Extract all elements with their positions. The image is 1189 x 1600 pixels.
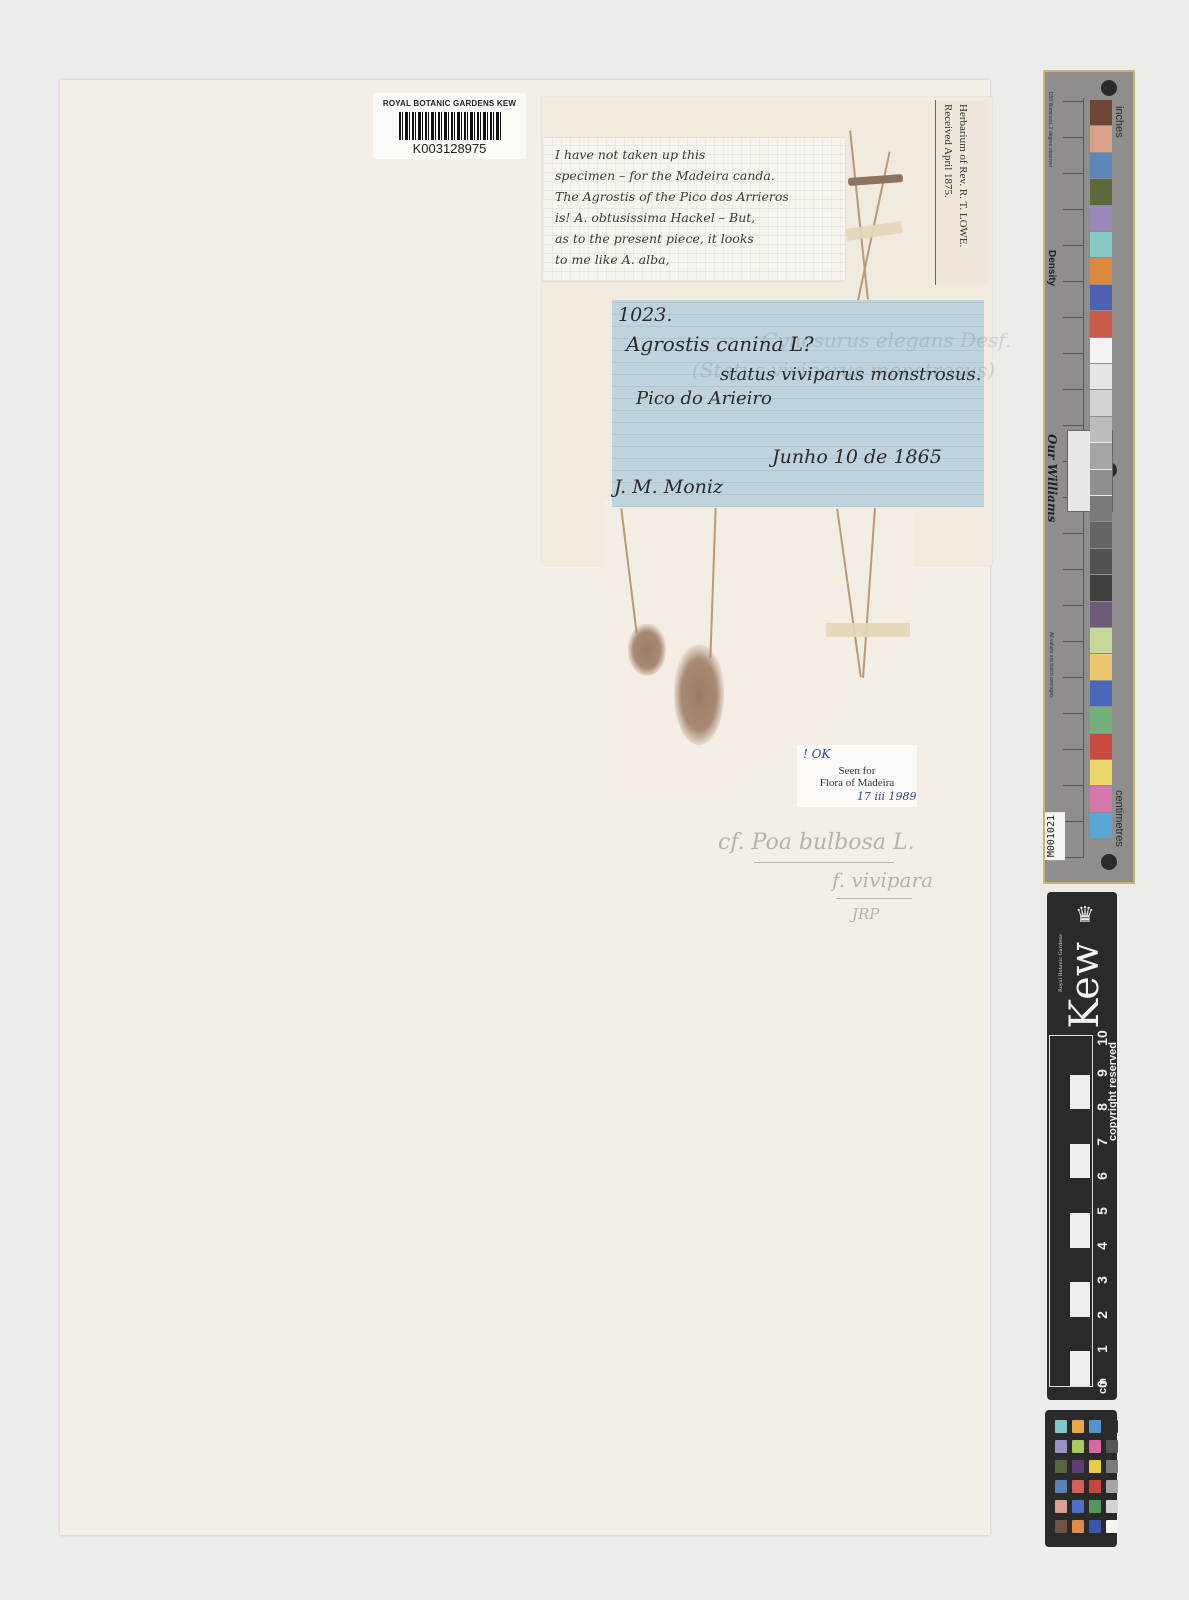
ruler-brand: Kew [1065,942,1105,1029]
note-line: is! A. obtusissima Hackel – But, [555,207,845,228]
lowe-label-line2: Received April 1875. [942,104,954,198]
determination-line2: f. vivipara [832,868,933,892]
annotation-note: I have not taken up this specimen – for … [543,138,845,281]
scale-segment [1070,1144,1090,1179]
color-patch [1055,1440,1067,1453]
scale-number: 1 [1094,1338,1110,1360]
color-swatch [1090,549,1112,574]
color-patch [1055,1460,1067,1473]
lowe-label-line1: Herbarium of Rev. R. T. LOWE. [957,104,969,247]
brand-label: Our Williams [1045,434,1059,522]
color-swatch [1090,681,1112,706]
average-note: All values are batch averages [1048,632,1054,698]
bar-hole [1101,854,1117,870]
seen-label-line2: Flora of Madeira [797,777,917,789]
color-swatch [1090,417,1112,442]
scale-number: 7 [1094,1131,1110,1153]
color-swatch [1090,126,1112,151]
color-swatch [1090,364,1112,389]
color-swatch [1090,707,1112,732]
note-line: to me like A. alba, [555,249,845,270]
locality: Pico do Arieiro [636,388,772,409]
bar-hole [1101,80,1117,96]
lowe-herbarium-label: Herbarium of Rev. R. T. LOWE. Received A… [935,100,988,285]
scale-number: 8 [1094,1096,1110,1118]
color-swatch [1090,470,1112,495]
color-swatch [1090,390,1112,415]
cm-scale [1049,1035,1093,1387]
scale-segment [1070,1351,1090,1386]
crest-icon: ♛ [1069,900,1101,930]
kew-scale-ruler: ♛ Royal Botanic Gardens Kew copyright re… [1047,892,1117,1400]
color-patch [1106,1520,1118,1533]
color-swatch [1090,311,1112,336]
note-line: The Agrostis of the Pico dos Arrieros [555,186,845,207]
inches-label: inches [1113,106,1125,138]
barcode-label: ROYAL BOTANIC GARDENS KEW K003128975 [373,93,526,159]
collector: J. M. Moniz [614,476,723,498]
seen-label-date: 17 iii 1989 [857,790,917,803]
pencil-underline [754,862,894,863]
color-swatch [1090,786,1112,811]
determination-initials: JRP [852,905,879,923]
color-swatch [1090,338,1112,363]
color-patch [1106,1420,1118,1433]
taxon-status: status viviparus monstrosus. [720,364,981,385]
barcode-number: K003128975 [373,141,526,156]
scale-number: 5 [1094,1200,1110,1222]
scale-number: 3 [1094,1269,1110,1291]
copyright-text: copyright reserved [1107,1042,1119,1141]
scale-number: 10 [1094,1027,1110,1049]
color-swatch [1090,813,1112,838]
color-patch [1055,1480,1067,1493]
color-patch [1055,1420,1067,1433]
seen-label-line1: Seen for [797,765,917,777]
color-swatch [1090,522,1112,547]
centimetres-label: centimetres [1113,790,1125,847]
seen-for-label: ! OK Seen for Flora of Madeira 17 iii 19… [797,745,917,807]
scale-segment [1070,1075,1090,1110]
pencil-underline [836,898,912,899]
note-line: as to the present piece, it looks [555,228,845,249]
color-swatch [1090,575,1112,600]
determination-line1: cf. Poa bulbosa L. [718,830,915,855]
color-swatch [1090,285,1112,310]
taxon-name: Agrostis canina L? [626,332,814,356]
observer-note: D50 Illuminant, 2 degree observer [1047,92,1053,167]
barcode-bars [399,112,501,140]
color-swatch [1090,628,1112,653]
color-swatch [1090,258,1112,283]
color-swatch [1090,602,1112,627]
color-patch [1106,1460,1118,1473]
color-patch [1089,1420,1101,1433]
color-patch [1089,1500,1101,1513]
color-patch [1055,1500,1067,1513]
scale-segment [1070,1282,1090,1317]
seen-mark: ! OK [803,747,830,761]
scale-number: 0 [1094,1373,1110,1395]
viviparous-inflorescence [628,624,666,676]
color-patch [1072,1480,1084,1493]
color-patch [1106,1440,1118,1453]
collection-label: Cynosurus elegans Desf. (Status viviparu… [612,300,984,507]
color-swatch [1090,206,1112,231]
institution-name: ROYAL BOTANIC GARDENS KEW [373,99,526,108]
density-label: Density [1046,250,1057,286]
color-patch [1072,1460,1084,1473]
color-swatch [1090,443,1112,468]
collection-number: 1023. [618,304,672,326]
color-patch [1089,1520,1101,1533]
note-line: specimen – for the Madeira canda. [555,165,845,186]
scale-number: 9 [1094,1062,1110,1084]
scale-number: 4 [1094,1235,1110,1257]
lowe-label-text: Herbarium of Rev. R. T. LOWE. Received A… [940,104,970,247]
color-swatch [1090,734,1112,759]
color-patch [1106,1500,1118,1513]
color-calibration-bar: inches D50 Illuminant, 2 degree observer… [1043,70,1135,884]
collection-date: Junho 10 de 1865 [772,446,942,468]
scale-number: 2 [1094,1304,1110,1326]
color-swatch [1090,153,1112,178]
scale-segment [1070,1213,1090,1248]
color-patch [1089,1460,1101,1473]
color-patch [1089,1440,1101,1453]
bar-id: M001021 [1045,812,1065,860]
color-swatch [1090,100,1112,125]
color-patch [1072,1500,1084,1513]
color-patch [1072,1420,1084,1433]
color-patch [1106,1480,1118,1493]
color-patch [1072,1520,1084,1533]
color-swatch [1090,232,1112,257]
scale-number: 6 [1094,1165,1110,1187]
mounting-tape [826,623,910,637]
note-line: I have not taken up this [555,144,845,165]
color-patch [1055,1520,1067,1533]
color-patch [1072,1440,1084,1453]
color-swatch [1090,496,1112,521]
color-patch [1089,1480,1101,1493]
color-swatch [1090,654,1112,679]
color-swatch [1090,760,1112,785]
color-checker-card [1045,1410,1117,1547]
color-swatch [1090,179,1112,204]
viviparous-inflorescence [674,645,724,745]
